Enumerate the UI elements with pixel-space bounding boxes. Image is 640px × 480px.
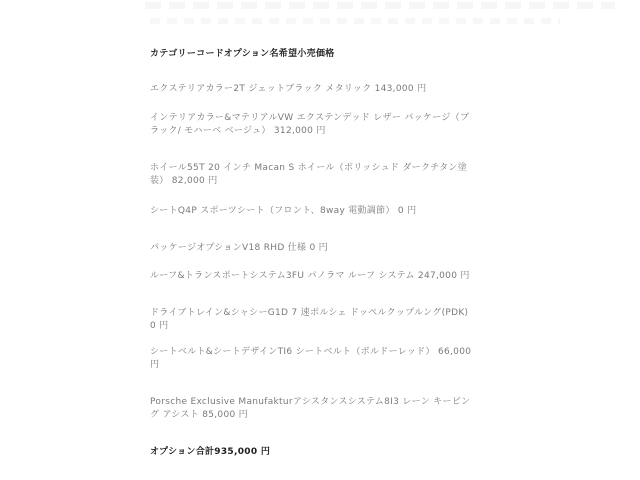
option-name: RHD 仕様 (264, 243, 307, 253)
faint-top-text-remnant-2 (150, 18, 560, 24)
option-price: 82,000 円 (172, 176, 218, 186)
option-category: パッケージオプション (150, 243, 242, 253)
option-row-interior-color: インテリアカラー&マテリアルVW エクステンデッド レザー パッケージ（ブラック… (150, 112, 472, 138)
option-row-seatbelts: シートベルト&シートデザインTI6 シートベルト（ボルドーレッド） 66,000… (150, 346, 472, 372)
option-category: エクステリアカラー (150, 84, 233, 94)
header-code: コード (196, 49, 224, 59)
option-code: 2T (233, 84, 245, 94)
options-total-row: オプション合計935,000 円 (150, 446, 472, 459)
faint-top-text-remnant (145, 2, 615, 9)
option-code: Q4P (178, 206, 197, 216)
option-code: 3FU (286, 271, 304, 281)
total-label: オプション合計 (150, 447, 214, 457)
option-row-roof: ルーフ&トランスポートシステム3FU パノラマ ルーフ システム 247,000… (150, 270, 472, 283)
option-category: インテリアカラー&マテリアル (150, 113, 278, 123)
option-name: 7 速ポルシェ ドッペルクップルング(PDK) (291, 308, 468, 318)
option-price: 0 円 (310, 243, 329, 253)
option-row-package: パッケージオプションV18 RHD 仕様 0 円 (150, 242, 472, 255)
option-row-seats: シートQ4P スポーツシート（フロント、8way 電動調節） 0 円 (150, 205, 472, 218)
table-header: カテゴリーコードオプション名希望小売価格 (150, 48, 472, 61)
header-category: カテゴリー (150, 49, 196, 59)
option-code: TI6 (278, 347, 293, 357)
option-code: 55T (187, 163, 205, 173)
option-name: ジェットブラック メタリック (248, 84, 371, 94)
option-row-exterior-color: エクステリアカラー2T ジェットブラック メタリック 143,000 円 (150, 83, 472, 96)
option-category: シートベルト&シートデザイン (150, 347, 278, 357)
option-name: スポーツシート（フロント、8way 電動調節） (200, 206, 395, 216)
option-name: パノラマ ルーフ システム (307, 271, 414, 281)
options-list: カテゴリーコードオプション名希望小売価格 エクステリアカラー2T ジェットブラッ… (150, 48, 472, 459)
header-msrp: 希望小売価格 (279, 49, 335, 59)
option-row-drivetrain: ドライブトレイン&シャシーG1D 7 速ポルシェ ドッペルクップルング(PDK)… (150, 307, 472, 333)
option-name: シートベルト（ボルドーレッド） (296, 347, 435, 357)
option-price: 247,000 円 (418, 271, 470, 281)
option-category: ホイール (150, 163, 187, 173)
option-price: 0 円 (150, 321, 169, 331)
option-code: VW (278, 113, 294, 123)
option-price: 312,000 円 (274, 126, 326, 136)
option-code: G1D (268, 308, 289, 318)
option-price: 85,000 円 (202, 410, 248, 420)
options-price-list-page: カテゴリーコードオプション名希望小売価格 エクステリアカラー2T ジェットブラッ… (0, 0, 640, 480)
option-category: シート (150, 206, 178, 216)
option-category: ドライブトレイン&シャシー (150, 308, 268, 318)
header-option-name: オプション名 (224, 49, 279, 59)
option-code: 8I3 (384, 397, 399, 407)
option-row-wheels: ホイール55T 20 インチ Macan S ホイール（ポリッシュド ダークチタ… (150, 162, 472, 188)
total-amount: 935,000 円 (214, 447, 270, 457)
option-price: 143,000 円 (375, 84, 427, 94)
option-category: Porsche Exclusive Manufakturアシスタンスシステム (150, 397, 384, 407)
option-price: 0 円 (398, 206, 417, 216)
option-category: ルーフ&トランスポートシステム (150, 271, 286, 281)
option-row-assistance: Porsche Exclusive Manufakturアシスタンスシステム8I… (150, 396, 472, 422)
option-code: V18 (242, 243, 261, 253)
